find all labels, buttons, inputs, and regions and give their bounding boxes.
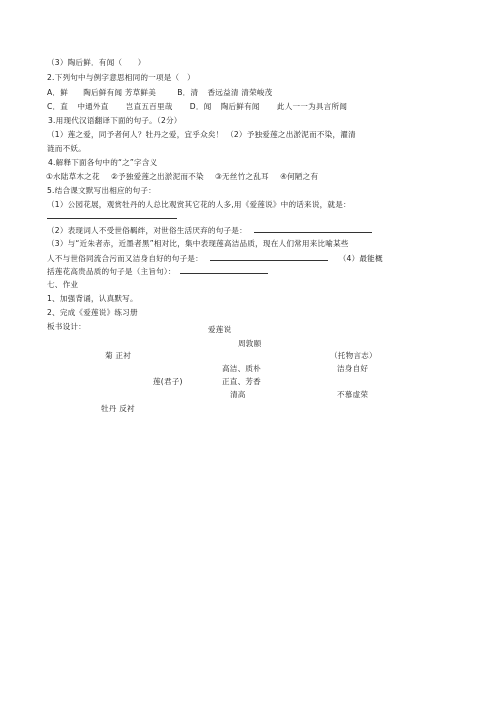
q2-opt-c-text1: 中通外直 [77, 102, 108, 111]
q5-item3-line2: 人不与世俗同流合污而又洁身自好的句子是： [47, 254, 203, 263]
q2-options-ab: A．鲜 陶后鲜有闻 芳草鲜美 B．清 香远益清 清荣峻茂 [47, 88, 272, 98]
q2-opt-a-label: A．鲜 [47, 88, 68, 97]
q5-item3-line1: （3）与“近朱者赤，近墨者黑”相对比，集中表现莲高洁品质，现在人们常用来比喻某些 [47, 239, 349, 249]
q2-opt-a-text: 陶后鲜有闻 芳草鲜美 [83, 88, 156, 97]
q2-opt-b-label: B．清 [177, 88, 198, 97]
q4-item-1: ①水陆草木之花 [46, 172, 100, 181]
q1-item3: （3）陶后鲜．有闻（ ） [47, 58, 146, 68]
q2-opt-c-label: C．直 [47, 102, 68, 111]
document-page: （3）陶后鲜．有闻（ ） 2.下列句中与例字意思相同的一项是（ ） A．鲜 陶后… [0, 0, 500, 707]
q5-item4-line: 括莲花高贵品质的句子是（主旨句）： [47, 267, 176, 276]
q5-item1-answer-line [47, 211, 177, 222]
answer-blank[interactable] [254, 225, 372, 233]
board-jieshen: 洁身自好 [337, 364, 368, 374]
q5-item2: （2）表现词人不受世俗羁绊，对世俗生活厌弃的句子是： [47, 226, 247, 235]
board-label: 板书设计： [47, 322, 86, 332]
q4-stem: 4.解释下面各句中的“之”字含义 [48, 158, 157, 168]
section7-title: 七、作业 [47, 280, 78, 290]
q4-item-4: ④何陋之有 [280, 172, 318, 181]
board-author: 周敦颐 [238, 339, 261, 349]
q5-item4-row: 括莲花高贵品质的句子是（主旨句）： [47, 266, 268, 277]
answer-blank[interactable] [210, 253, 328, 261]
q4-item-2: ②予独爱莲之出淤泥而不染 [111, 172, 204, 181]
q3-line1: （1）莲之爱，同予者何人？牡丹之爱，宜乎众矣！ （2）予独爱莲之出淤泥而不染，濯… [47, 130, 356, 140]
q2-opt-d-text2: 此人一一为具言所闻 [277, 102, 347, 111]
q2-options-cd: C．直 中通外直 岂直五百里哉 D．闻 陶后鲜有闻 此人一一为具言所闻 [47, 102, 347, 112]
q2-opt-c-text2: 岂直五百里哉 [126, 102, 173, 111]
answer-blank[interactable] [180, 266, 268, 274]
q4-items: ①水陆草木之花 ②予独爱莲之出淤泥而不染 ③无丝竹之乱耳 ④何陋之有 [46, 172, 318, 182]
q2-opt-b-text: 香远益清 清荣峻茂 [208, 88, 273, 97]
board-qinggao: 清高 [230, 390, 246, 400]
board-mudan: 牡丹 反衬 [101, 404, 135, 414]
q5-item1: （1）公园花展，观赏牡丹的人总比观赏其它花的人多,用《爱莲说》中的话来说，就是： [47, 200, 351, 210]
q5-stem: 5.结合课文默写出相应的句子： [47, 186, 156, 196]
q2-opt-d-text1: 陶后鲜有闻 [221, 102, 260, 111]
board-lian: 莲(君子) [153, 377, 183, 387]
q2-stem: 2.下列句中与例字意思相同的一项是（ ） [47, 73, 195, 83]
homework-2: 2、完成《爱莲说》练习册 [47, 308, 138, 318]
q2-opt-d-label: D．闻 [190, 102, 212, 111]
board-tuowu: （托物言志） [330, 351, 377, 361]
answer-blank[interactable] [47, 211, 177, 219]
q5-item3-row: 人不与世俗同流合污而又洁身自好的句子是： （4）最能概 [47, 253, 383, 264]
board-bumu: 不慕虚荣 [337, 390, 368, 400]
q3-stem: 3.用现代汉语翻译下面的句子。（2分） [48, 116, 182, 126]
board-zhengzhi: 正直、芳香 [222, 377, 261, 387]
q5-item4-part: （4）最能概 [339, 254, 383, 263]
q4-item-3: ③无丝竹之乱耳 [215, 172, 269, 181]
homework-1: 1、加强背诵，认真默写。 [47, 294, 138, 304]
board-title: 爱莲说 [208, 325, 231, 335]
q3-line2: 涟而不妖。 [47, 144, 86, 154]
board-ju: 菊 正衬 [105, 351, 131, 361]
board-gaojie: 高洁、质朴 [222, 364, 261, 374]
q5-item2-row: （2）表现词人不受世俗羁绊，对世俗生活厌弃的句子是： [47, 225, 372, 236]
